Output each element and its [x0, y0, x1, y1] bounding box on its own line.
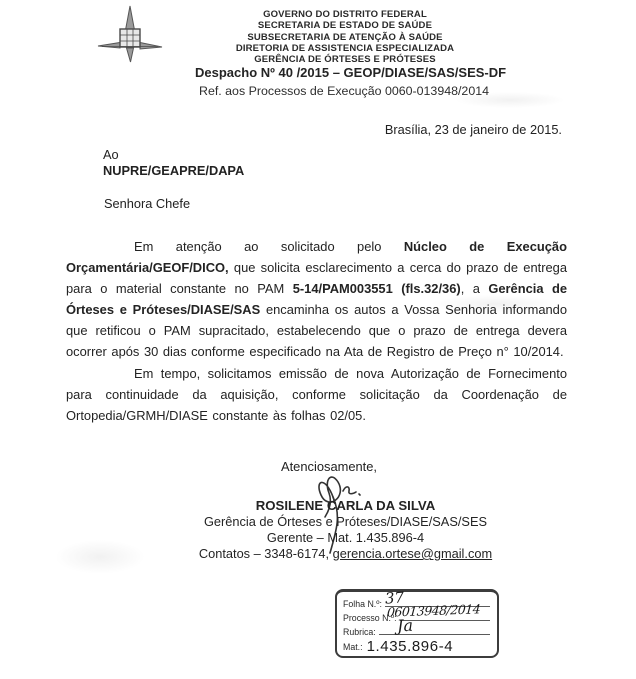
org-line: GOVERNO DO DISTRITO FEDERAL	[222, 9, 468, 20]
signer-department: Gerência de Órteses e Próteses/DIASE/SAS…	[118, 514, 573, 530]
mat-label: Mat.:	[343, 642, 363, 652]
salutation: Senhora Chefe	[104, 196, 190, 211]
stamp-mat-row: Mat.: 1.435.896-4	[343, 637, 492, 656]
org-line: DIRETORIA DE ASSISTENCIA ESPECIALIZADA	[222, 43, 468, 54]
date-line: Brasília, 23 de janeiro de 2015.	[340, 122, 562, 137]
mat-value: 1.435.896-4	[367, 638, 454, 655]
signer-role: Gerente – Mat. 1.435.896-4	[118, 530, 573, 546]
body-paragraph-1: Em atenção ao solicitado pelo Núcleo de …	[66, 236, 567, 363]
rubrica-label: Rubrica:	[343, 627, 376, 637]
recipient-label: Ao	[103, 147, 244, 163]
contact-email: gerencia.ortese@gmail.com	[333, 546, 493, 561]
signer-name: ROSILENE CARLA DA SILVA	[118, 498, 573, 514]
scanned-letter-page: GOVERNO DO DISTRITO FEDERAL SECRETARIA D…	[0, 0, 636, 679]
df-coat-of-arms-icon	[96, 5, 164, 65]
despacho-title: Despacho Nº 40 /2015 – GEOP/DIASE/SAS/SE…	[195, 65, 506, 80]
org-line: GERÊNCIA DE ÓRTESES E PRÓTESES	[222, 54, 468, 65]
body-paragraph-2: Em tempo, solicitamos emissão de nova Au…	[66, 363, 567, 426]
process-stamp: Folha N.º: Processo N.º: Rubrica: Mat.: …	[335, 589, 499, 658]
folha-label: Folha N.º:	[343, 599, 382, 609]
handwritten-rubrica-initials: Ja	[397, 616, 414, 636]
stamp-rubrica-row: Rubrica:	[343, 623, 492, 637]
signer-contacts: Contatos – 3348-6174, gerencia.ortese@gm…	[118, 546, 573, 562]
org-line: SECRETARIA DE ESTADO DE SAÚDE	[222, 20, 468, 31]
signature-block: ROSILENE CARLA DA SILVA Gerência de Órte…	[118, 498, 573, 562]
recipient-name: NUPRE/GEAPRE/DAPA	[103, 163, 244, 179]
contacts-prefix: Contatos – 3348-6174,	[199, 546, 333, 561]
process-reference: Ref. aos Processos de Execução 0060-0139…	[199, 84, 489, 98]
letter-body: Em atenção ao solicitado pelo Núcleo de …	[66, 236, 567, 426]
org-line: SUBSECRETARIA DE ATENÇÃO À SAÚDE	[222, 32, 468, 43]
header-org-block: GOVERNO DO DISTRITO FEDERAL SECRETARIA D…	[222, 9, 468, 65]
recipient-block: Ao NUPRE/GEAPRE/DAPA	[103, 147, 244, 179]
rubrica-line	[379, 624, 490, 635]
